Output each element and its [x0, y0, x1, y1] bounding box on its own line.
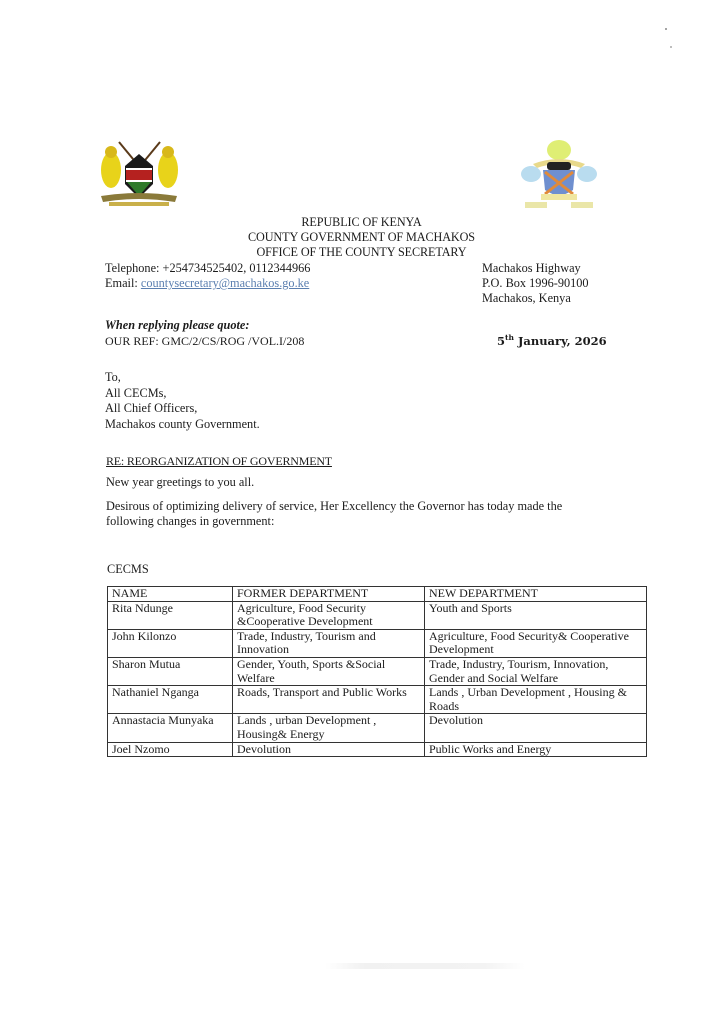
recipient-line: All CECMs, — [105, 386, 260, 402]
telephone-label: Telephone: — [105, 261, 159, 275]
letter-page: REPUBLIC OF KENYA COUNTY GOVERNMENT OF M… — [0, 0, 723, 1023]
cell-former-department: Trade, Industry, Tourism and Innovation — [233, 629, 425, 657]
letter-subject: RE: REORGANIZATION OF GOVERNMENT — [106, 454, 332, 469]
faint-footer-artifact — [325, 963, 525, 969]
cell-name: Rita Ndunge — [108, 601, 233, 629]
scan-speck — [665, 28, 667, 30]
cell-former-department: Gender, Youth, Sports &Social Welfare — [233, 657, 425, 685]
table-row: Joel Nzomo Devolution Public Works and E… — [108, 742, 647, 757]
table-header-row: NAME FORMER DEPARTMENT NEW DEPARTMENT — [108, 587, 647, 602]
table-row: Rita Ndunge Agriculture, Food Security &… — [108, 601, 647, 629]
email-line: Email: countysecretary@machakos.go.ke — [105, 276, 309, 291]
address-line-2: P.O. Box 1996-90100 — [482, 276, 589, 291]
body-paragraph: Desirous of optimizing delivery of servi… — [106, 499, 606, 528]
cell-former-department: Roads, Transport and Public Works — [233, 686, 425, 714]
email-link[interactable]: countysecretary@machakos.go.ke — [141, 276, 309, 290]
cell-former-department: Agriculture, Food Security &Cooperative … — [233, 601, 425, 629]
recipient-line: All Chief Officers, — [105, 401, 260, 417]
cell-new-department: Devolution — [425, 714, 647, 742]
cecms-table: NAME FORMER DEPARTMENT NEW DEPARTMENT Ri… — [107, 586, 647, 757]
scan-speck — [670, 46, 672, 48]
address-line-3: Machakos, Kenya — [482, 291, 571, 306]
cell-name: Nathaniel Nganga — [108, 686, 233, 714]
cecms-heading: CECMS — [107, 562, 149, 577]
date-suffix: th — [505, 333, 514, 342]
cell-new-department: Public Works and Energy — [425, 742, 647, 757]
table-row: Nathaniel Nganga Roads, Transport and Pu… — [108, 686, 647, 714]
column-header-new: NEW DEPARTMENT — [425, 587, 647, 602]
cell-new-department: Lands , Urban Development , Housing & Ro… — [425, 686, 647, 714]
cell-former-department: Devolution — [233, 742, 425, 757]
reply-quote-label: When replying please quote: — [105, 318, 249, 333]
letterhead-county: COUNTY GOVERNMENT OF MACHAKOS — [0, 230, 723, 245]
address-line-1: Machakos Highway — [482, 261, 581, 276]
date-month-year: January, 2026 — [514, 334, 607, 348]
telephone-value: +254734525402, 0112344966 — [163, 261, 311, 275]
email-label: Email: — [105, 276, 138, 290]
cell-name: Sharon Mutua — [108, 657, 233, 685]
machakos-county-emblem-icon — [517, 138, 602, 214]
cell-new-department: Trade, Industry, Tourism, Innovation, Ge… — [425, 657, 647, 685]
cell-name: Joel Nzomo — [108, 742, 233, 757]
cell-new-department: Agriculture, Food Security& Cooperative … — [425, 629, 647, 657]
letter-date: 5th January, 2026 — [497, 333, 607, 348]
table-row: Sharon Mutua Gender, Youth, Sports &Soci… — [108, 657, 647, 685]
cell-name: John Kilonzo — [108, 629, 233, 657]
recipients-block: To, All CECMs, All Chief Officers, Macha… — [105, 370, 260, 432]
letterhead-office: OFFICE OF THE COUNTY SECRETARY — [0, 245, 723, 260]
telephone-line: Telephone: +254734525402, 0112344966 — [105, 261, 310, 276]
kenya-coat-of-arms-icon — [97, 140, 182, 208]
cell-new-department: Youth and Sports — [425, 601, 647, 629]
column-header-name: NAME — [108, 587, 233, 602]
table-row: John Kilonzo Trade, Industry, Tourism an… — [108, 629, 647, 657]
greeting: New year greetings to you all. — [106, 475, 254, 490]
recipient-line: To, — [105, 370, 260, 386]
letterhead-republic: REPUBLIC OF KENYA — [0, 215, 723, 230]
cell-name: Annastacia Munyaka — [108, 714, 233, 742]
table-row: Annastacia Munyaka Lands , urban Develop… — [108, 714, 647, 742]
date-day: 5 — [497, 334, 505, 348]
column-header-former: FORMER DEPARTMENT — [233, 587, 425, 602]
cell-former-department: Lands , urban Development , Housing& Ene… — [233, 714, 425, 742]
reference-number: OUR REF: GMC/2/CS/ROG /VOL.I/208 — [105, 334, 304, 349]
recipient-line: Machakos county Government. — [105, 417, 260, 433]
